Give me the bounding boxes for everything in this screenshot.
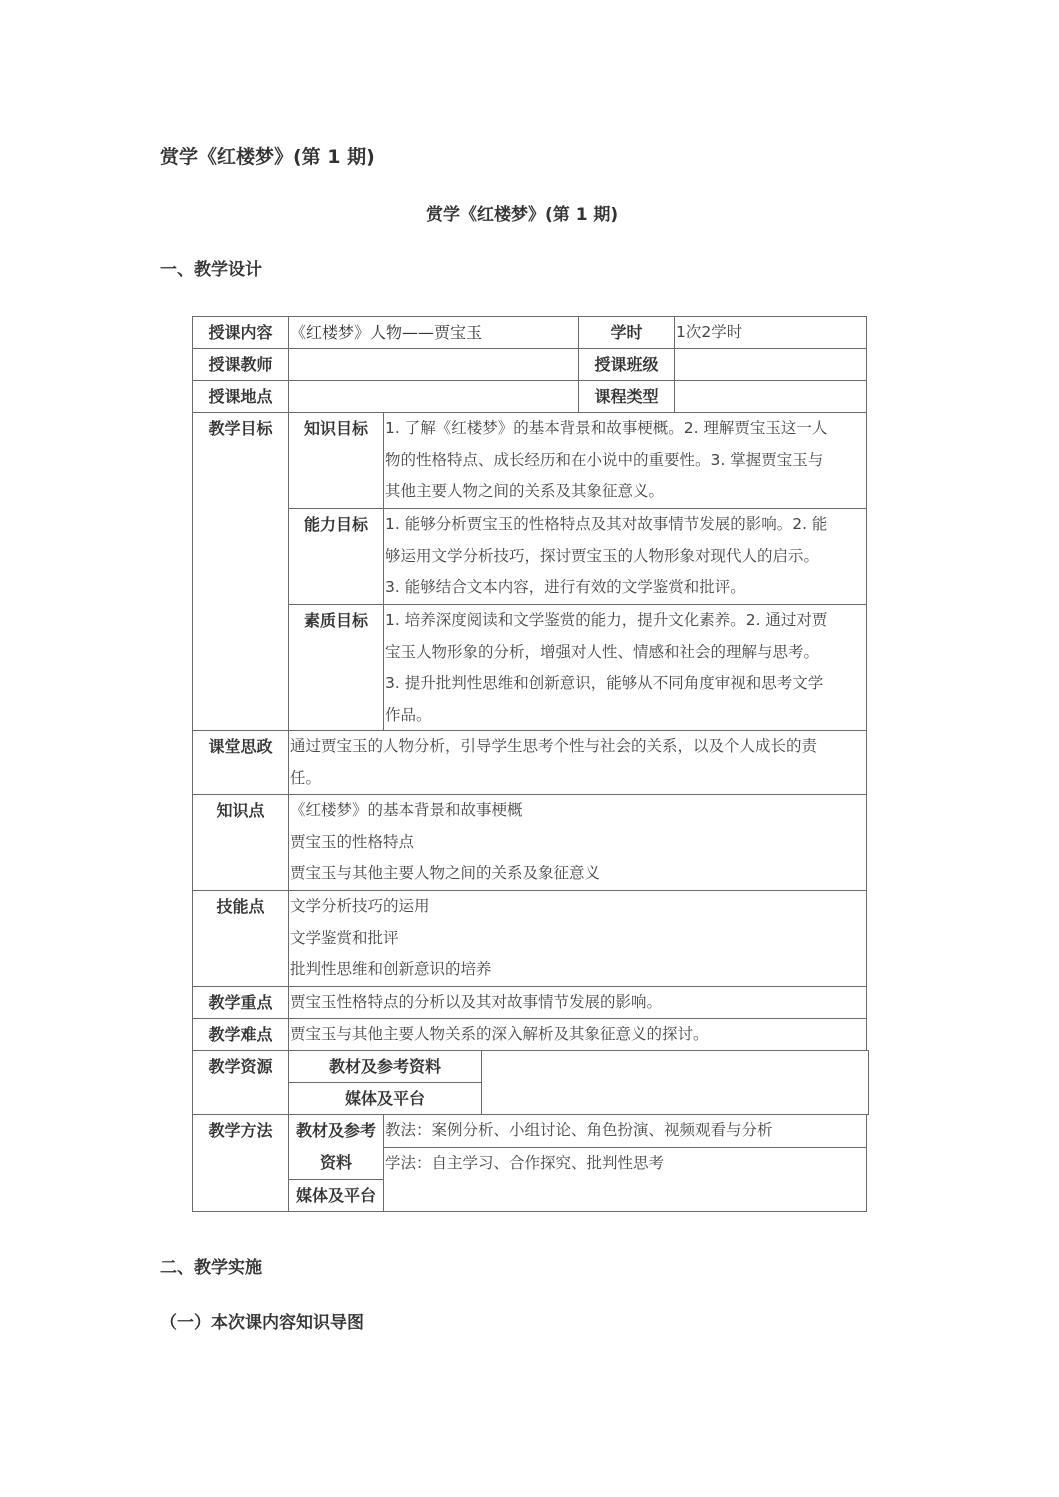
cell-label-hours: 学时 [578,316,675,349]
cell-label-difficulty: 教学难点 [192,1018,289,1051]
cell-label-teacher: 授课教师 [192,348,289,381]
list-item: 文学分析技巧的运用 [290,891,866,923]
cell-label-key-point: 教学重点 [192,986,289,1019]
cell-value-quality-goal: 1. 培养深度阅读和文学鉴赏的能力，提升文化素养。2. 通过对贾 宝玉人物形象的… [383,604,867,731]
cell-label-resources-materials: 教材及参考资料 [288,1050,482,1083]
cell-value-class [674,348,867,381]
cell-value-skill-points: 文学分析技巧的运用 文学鉴赏和批评 批判性思维和创新意识的培养 [288,890,867,987]
lesson-plan-table: 授课内容 《红楼梦》人物——贾宝玉 学时 1次2学时 授课教师 授课班级 授课地… [0,0,1059,1497]
cell-value-teacher [288,348,579,381]
cell-value-knowledge-goal: 1. 了解《红楼梦》的基本背景和故事梗概。2. 理解贾宝玉这一人 物的性格特点、… [383,412,867,509]
cell-label-content: 授课内容 [192,316,289,349]
cell-value-difficulty: 贾宝玉与其他主要人物关系的深入解析及其象征意义的探讨。 [288,1018,867,1051]
cell-value-location [288,380,579,413]
cell-value-key-point: 贾宝玉性格特点的分析以及其对故事情节发展的影响。 [288,986,867,1019]
cell-label-goals: 教学目标 [192,412,289,731]
cell-label-knowledge-points: 知识点 [192,794,289,891]
cell-value-content: 《红楼梦》人物——贾宝玉 [288,316,579,349]
list-item: 批判性思维和创新意识的培养 [290,954,866,986]
cell-label-resources: 教学资源 [192,1050,289,1115]
list-item: 《红楼梦》的基本背景和故事梗概 [290,795,866,827]
cell-label-ideology: 课堂思政 [192,730,289,795]
list-item: 贾宝玉的性格特点 [290,827,866,859]
cell-label-location: 授课地点 [192,380,289,413]
cell-label-class: 授课班级 [578,348,675,381]
cell-value-knowledge-points: 《红楼梦》的基本背景和故事梗概 贾宝玉的性格特点 贾宝玉与其他主要人物之间的关系… [288,794,867,891]
cell-label-course-type: 课程类型 [578,380,675,413]
cell-value-ideology: 通过贾宝玉的人物分析，引导学生思考个性与社会的关系，以及个人成长的责 任。 [288,730,867,795]
list-item: 文学鉴赏和批评 [290,923,866,955]
cell-value-ability-goal: 1. 能够分析贾宝玉的性格特点及其对故事情节发展的影响。2. 能 够运用文学分析… [383,508,867,605]
cell-value-resources [481,1050,869,1115]
cell-value-teaching-method: 教法：案例分析、小组讨论、角色扮演、视频观看与分析 [383,1114,867,1148]
subsection-heading-knowledge-map: （一）本次课内容知识导图 [160,1308,364,1333]
cell-label-knowledge-goal: 知识目标 [288,412,384,509]
cell-label-ability-goal: 能力目标 [288,508,384,605]
section-heading-implementation: 二、教学实施 [160,1253,262,1278]
cell-label-quality-goal: 素质目标 [288,604,384,731]
cell-value-learning-method: 学法：自主学习、合作探究、批判性思考 [383,1147,867,1212]
cell-label-methods: 教学方法 [192,1114,289,1212]
cell-label-skill-points: 技能点 [192,890,289,987]
cell-label-methods-materials: 教材及参考 资料 [288,1114,384,1180]
cell-label-resources-media: 媒体及平台 [288,1082,482,1115]
cell-value-hours: 1次2学时 [674,316,867,349]
list-item: 贾宝玉与其他主要人物之间的关系及象征意义 [290,858,866,890]
cell-label-methods-media: 媒体及平台 [288,1179,384,1212]
cell-value-course-type [674,380,867,413]
